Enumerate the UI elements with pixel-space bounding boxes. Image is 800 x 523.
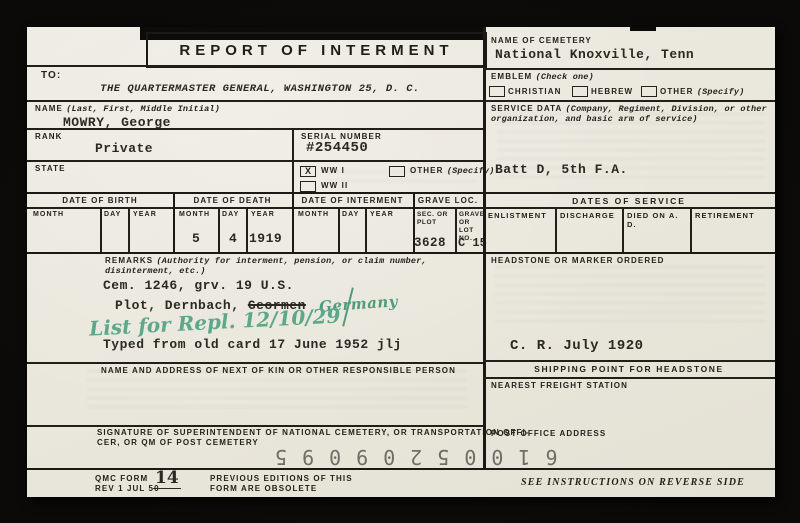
- date-of-birth-header: DATE OF BIRTH: [27, 196, 173, 205]
- state-label: STATE: [35, 164, 66, 173]
- scan-edge-tick: [630, 27, 656, 31]
- post-office-label: POST OFFICE ADDRESS: [491, 429, 606, 438]
- grave-loc-header: GRAVE LOC.: [413, 196, 483, 205]
- cemetery-label: NAME OF CEMETERY: [491, 36, 592, 45]
- service-data-value: Batt D, 5th F.A.: [495, 162, 628, 177]
- name-label-detail: (Last, First, Middle Initial): [66, 104, 220, 114]
- year-column-label: YEAR: [370, 211, 394, 218]
- next-of-kin-label: NAME AND ADDRESS OF NEXT OF KIN OR OTHER…: [101, 366, 456, 375]
- retirement-column-label: RETIREMENT: [695, 211, 755, 220]
- grave-sec-label: SEC. OR PLOT: [417, 211, 453, 227]
- signature-label-line1: SIGNATURE OF SUPERINTENDENT OF NATIONAL …: [97, 428, 530, 437]
- obsolete-note-line2: FORM ARE OBSOLETE: [210, 484, 317, 493]
- emblem-other-label: OTHER (Specify): [660, 87, 745, 97]
- name-label: NAME (Last, First, Middle Initial): [35, 104, 220, 114]
- year-column-label: YEAR: [251, 211, 275, 218]
- serial-number-value: #254450: [306, 140, 368, 156]
- form-number-label: QMC FORM: [95, 474, 148, 483]
- other-war-label-detail: (Specify): [447, 166, 495, 176]
- date-of-death-header: DATE OF DEATH: [173, 196, 292, 205]
- addressee: THE QUARTERMASTER GENERAL, WASHINGTON 25…: [55, 83, 465, 95]
- hebrew-label: HEBREW: [591, 87, 633, 96]
- upside-down-number-stamp: 61005209095: [260, 445, 557, 469]
- dates-of-service-header: DATES OF SERVICE: [483, 196, 775, 206]
- month-column-label: MONTH: [179, 211, 210, 218]
- christian-checkbox: [489, 86, 505, 97]
- died-on-ad-column-label: DIED ON A. D.: [627, 211, 685, 229]
- handwritten-form-number: 14: [153, 468, 181, 489]
- month-column-label: MONTH: [33, 211, 64, 218]
- emblem-label-detail: (Check one): [536, 72, 594, 82]
- enlistment-column-label: ENLISTMENT: [488, 211, 547, 220]
- headstone-label: HEADSTONE OR MARKER ORDERED: [491, 256, 665, 265]
- service-data-label: SERVICE DATA (Company, Regiment, Divisio…: [491, 104, 767, 124]
- remarks-line-3: Typed from old card 17 June 1952 jlj: [103, 337, 402, 352]
- day-column-label: DAY: [342, 211, 359, 218]
- death-month-value: 5: [192, 231, 200, 246]
- rank-label: RANK: [35, 132, 63, 141]
- christian-label: CHRISTIAN: [508, 87, 561, 96]
- to-label: TO:: [41, 70, 61, 81]
- ww2-checkbox: [300, 181, 316, 192]
- obsolete-note-line1: PREVIOUS EDITIONS OF THIS: [210, 474, 353, 483]
- signature-label-line2: CER, OR QM OF POST CEMETERY: [97, 438, 259, 447]
- emblem-label: EMBLEM (Check one): [491, 72, 594, 82]
- other-war-label: OTHER (Specify): [410, 166, 495, 176]
- remarks-label: REMARKS (Authority for interment, pensio…: [105, 256, 479, 276]
- emblem-other-label-detail: (Specify): [697, 87, 745, 97]
- form-title-box: REPORT OF INTERMENT: [146, 32, 487, 68]
- other-war-checkbox: [389, 166, 405, 177]
- death-day-value: 4: [229, 231, 237, 246]
- month-column-label: MONTH: [298, 211, 329, 218]
- day-column-label: DAY: [104, 211, 121, 218]
- cemetery-value: National Knoxville, Tenn: [495, 47, 694, 62]
- ww2-label: WW II: [321, 181, 348, 190]
- ww1-checkbox-mark: X: [305, 166, 311, 176]
- remarks-label-detail: (Authority for interment, pension, or cl…: [105, 256, 427, 276]
- grave-sec-value: 3628: [414, 236, 446, 250]
- shipping-point-header: SHIPPING POINT FOR HEADSTONE: [483, 364, 775, 374]
- form-revision-label: REV 1 JUL 50: [95, 484, 160, 493]
- photo-background: REPORT OF INTERMENT TO: THE QUARTERMASTE…: [0, 0, 800, 523]
- death-year-value: 1919: [249, 231, 282, 246]
- hebrew-checkbox: [572, 86, 588, 97]
- ww1-checkbox: X: [300, 166, 316, 177]
- day-column-label: DAY: [222, 211, 239, 218]
- rank-value: Private: [95, 141, 153, 156]
- reverse-side-instructions: SEE INSTRUCTIONS ON REVERSE SIDE: [497, 477, 769, 488]
- page-title: REPORT OF INTERMENT: [179, 42, 453, 59]
- headstone-value: C. R. July 1920: [510, 338, 644, 354]
- bleed-through-artifact: [495, 259, 765, 329]
- date-of-interment-header: DATE OF INTERMENT: [292, 196, 413, 205]
- remarks-line-1: Cem. 1246, grv. 19 U.S.: [103, 278, 294, 293]
- year-column-label: YEAR: [133, 211, 157, 218]
- interment-form-card: REPORT OF INTERMENT TO: THE QUARTERMASTE…: [27, 27, 775, 497]
- discharge-column-label: DISCHARGE: [560, 211, 615, 220]
- emblem-other-checkbox: [641, 86, 657, 97]
- ww1-label: WW I: [321, 166, 345, 175]
- freight-station-label: NEAREST FREIGHT STATION: [491, 381, 628, 390]
